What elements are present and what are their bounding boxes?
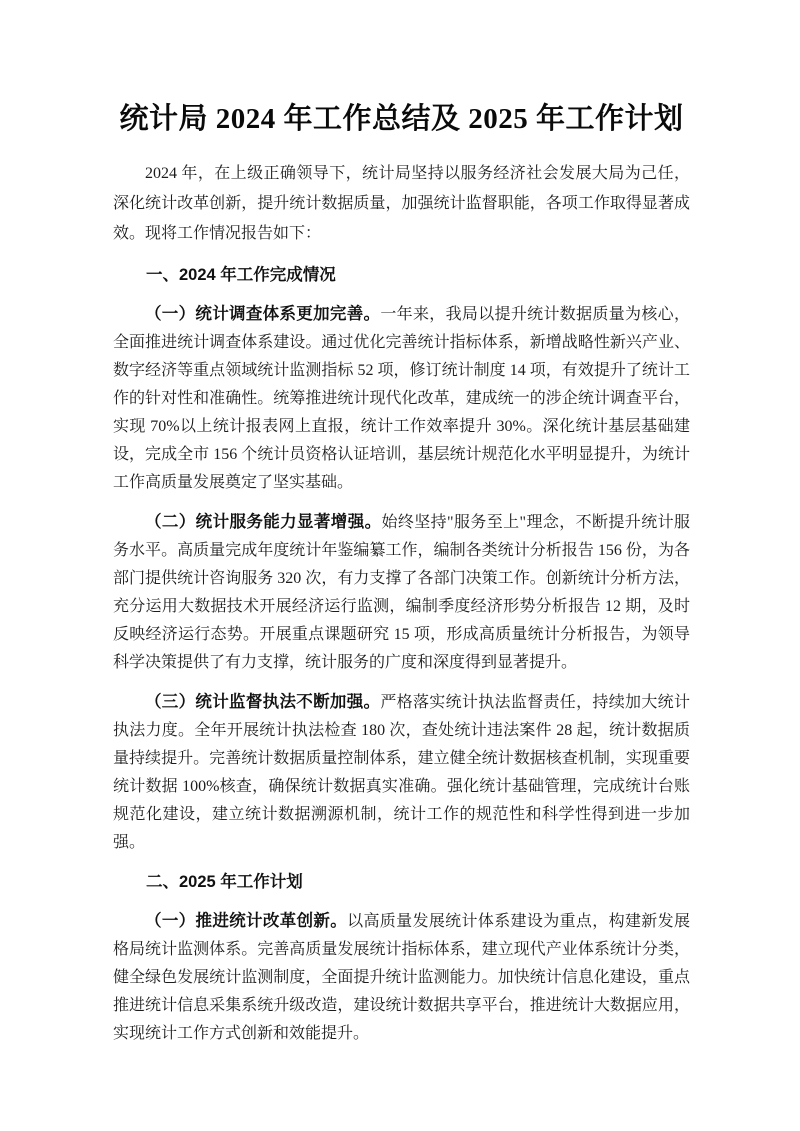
section-1-paragraph-1-lead: （一）统计调查体系更加完善。: [145, 305, 380, 323]
section-1-paragraph-2: （二）统计服务能力显著增强。始终坚持"服务至上"理念，不断提升统计服务水平。高质…: [113, 508, 690, 677]
section-1-paragraph-1: （一）统计调查体系更加完善。一年来，我局以提升统计数据质量为核心，全面推进统计调…: [113, 300, 690, 497]
section-1-paragraph-3: （三）统计监督执法不断加强。严格落实统计执法监督责任，持续加大统计执法力度。全年…: [113, 688, 690, 857]
section-1-paragraph-2-lead: （二）统计服务能力显著增强。: [145, 513, 381, 531]
section-1-heading: 一、2024 年工作完成情况: [113, 261, 690, 289]
section-1-paragraph-3-lead: （三）统计监督执法不断加强。: [145, 693, 380, 711]
section-2-paragraph-1: （一）推进统计改革创新。以高质量发展统计体系建设为重点，构建新发展格局统计监测体…: [113, 907, 690, 1048]
document-title: 统计局 2024 年工作总结及 2025 年工作计划: [113, 97, 690, 141]
section-1-paragraph-3-body: 严格落实统计执法监督责任，持续加大统计执法力度。全年开展统计执法检查 180 次…: [113, 694, 690, 851]
section-2-heading: 二、2025 年工作计划: [113, 868, 690, 896]
section-2-paragraph-1-body: 以高质量发展统计体系建设为重点，构建新发展格局统计监测体系。完善高质量发展统计指…: [113, 913, 690, 1042]
section-1-paragraph-2-body: 始终坚持"服务至上"理念，不断提升统计服务水平。高质量完成年度统计年鉴编纂工作，…: [113, 514, 690, 671]
section-2-paragraph-1-lead: （一）推进统计改革创新。: [145, 912, 347, 930]
section-1-paragraph-1-body: 一年来，我局以提升统计数据质量为核心，全面推进统计调查体系建设。通过优化完善统计…: [113, 306, 690, 491]
document-page: 统计局 2024 年工作总结及 2025 年工作计划 2024 年，在上级正确领…: [0, 0, 800, 1131]
intro-paragraph: 2024 年，在上级正确领导下，统计局坚持以服务经济社会发展大局为己任，深化统计…: [113, 159, 690, 249]
